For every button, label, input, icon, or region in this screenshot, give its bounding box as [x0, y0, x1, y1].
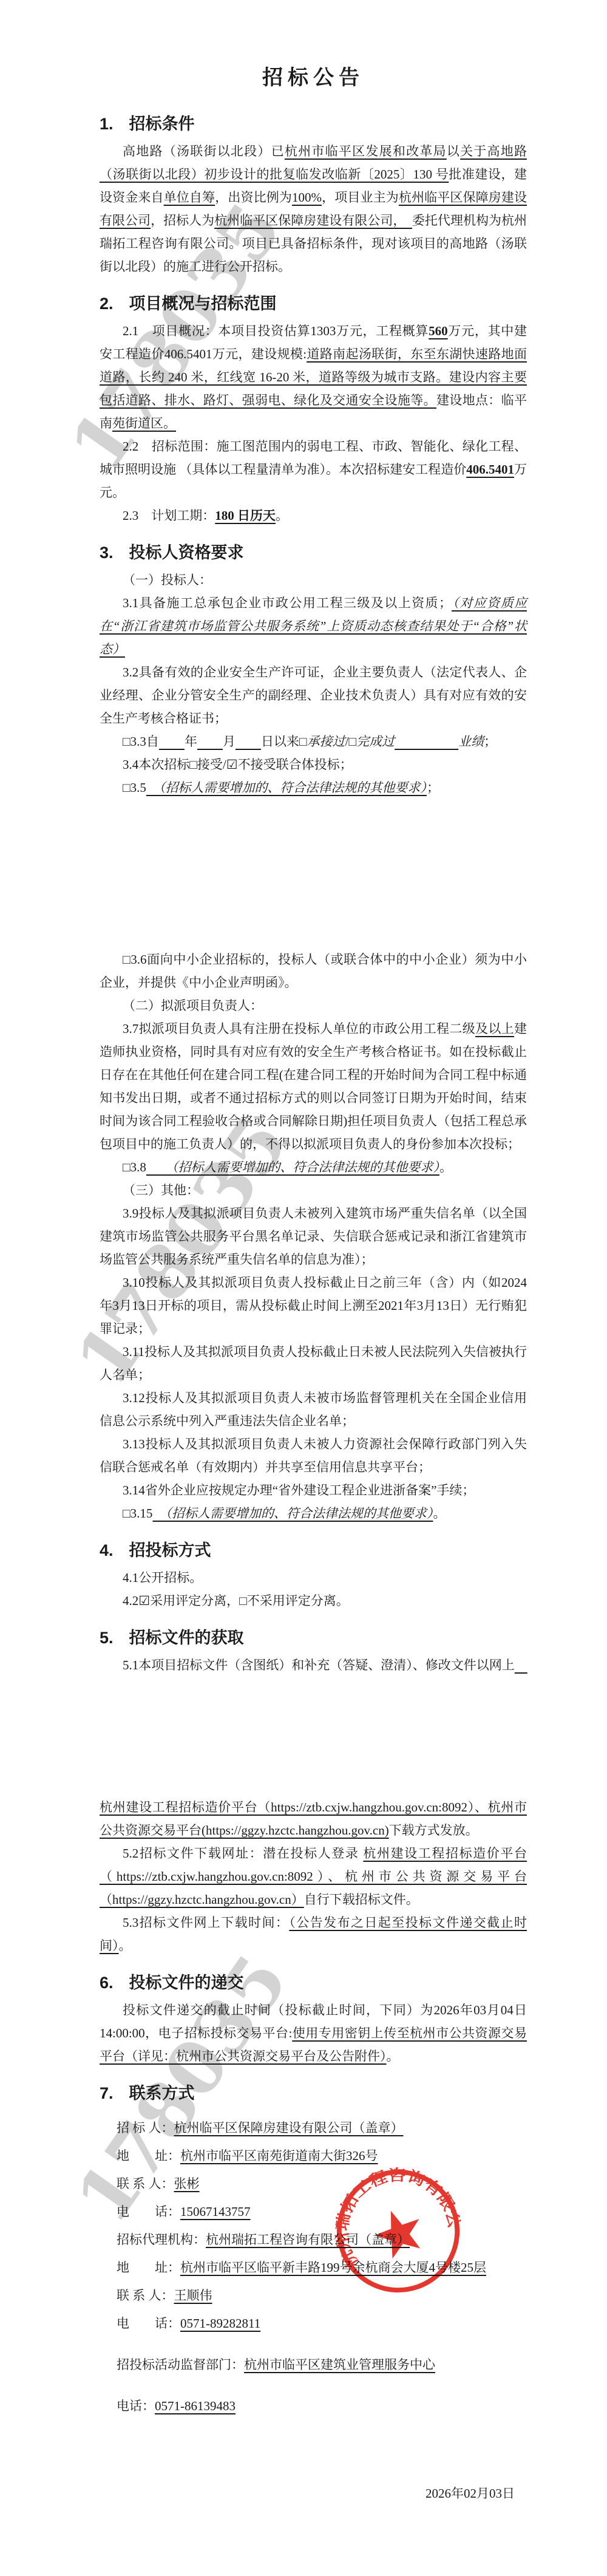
text-segment: 560 [429, 324, 448, 338]
text-segment: 下载方式发放。 [389, 1823, 478, 1838]
text-segment: 承接过 [307, 734, 345, 749]
text-segment: 3.11投标人及其拟派项目负责人投标截止日未被人民法院列入失信被执行人名单； [100, 1344, 527, 1382]
paragraph: 5.2招标文件下载网址：潜在投标人登录 杭州建设工程招标造价平台（https:/… [100, 1842, 527, 1911]
contact-line: 招投标活动监督部门：杭州市临平区建筑业管理服务中心 [100, 2351, 527, 2379]
page-break-gap [100, 1677, 527, 1796]
section-number: 5. [100, 1629, 114, 1647]
paragraph: 投标文件递交的截止时间（投标截止时间，下同）为2026年03月04日14:00:… [100, 1998, 527, 2068]
text-segment: 406.5401 [466, 462, 514, 477]
text-segment: 联 系 人： [117, 2288, 174, 2303]
document-title: 招标公告 [100, 62, 527, 94]
text-segment: 。 [433, 1506, 446, 1521]
section-number: 3. [100, 543, 114, 562]
text-segment [515, 1658, 527, 1672]
text-segment: 3.10投标人及其拟派项目负责人投标截止日之前三年（含）内（如2024年3月13… [100, 1275, 527, 1336]
paragraph: 2.3 计划工期：180 日历天。 [100, 504, 527, 527]
text-segment: ，出资比例为 [215, 190, 292, 205]
text-segment [197, 734, 223, 749]
section-heading: 4.招投标方式 [100, 1538, 527, 1562]
text-segment: 3.13投标人及其拟派项目负责人未被人力资源社会保障行政部门列入失信联合惩戒名单… [100, 1437, 527, 1474]
section-title: 招标条件 [129, 115, 195, 133]
text-segment: 自行下载招标文件。 [304, 1892, 419, 1907]
text-segment: 招投标活动监督部门： [117, 2357, 244, 2372]
text-segment: 高地路（汤联街以北段）已 [123, 144, 285, 158]
paragraph: 3.10投标人及其拟派项目负责人投标截止日之前三年（含）内（如2024年3月13… [100, 1271, 527, 1340]
paragraph: （二）拟派项目负责人： [100, 994, 527, 1017]
text-segment: （招标人需要增加的、符合法律法规的其他要求） [146, 1160, 439, 1174]
text-segment: （招标人需要增加的、符合法律法规的其他要求） [152, 1506, 433, 1521]
paragraph: □3.6面向中小企业招标的，投标人（或联合体中的中小企业）须为中小企业，并提供《… [100, 948, 527, 994]
text-segment: 0571-89282811 [180, 2316, 260, 2331]
section-number: 6. [100, 1974, 114, 1992]
paragraph: （三）其他： [100, 1179, 527, 1202]
text-segment: 4.1公开招标。 [123, 1570, 202, 1585]
text-segment [159, 734, 185, 749]
paragraph: 2.2 招标范围：施工图范围内的弱电工程、市政、智能化、绿化工程、城市照明设施 … [100, 435, 527, 504]
text-segment: 地 址： [117, 2148, 180, 2163]
text-segment: □3.8 [123, 1160, 146, 1174]
text-segment: 招 标 人： [117, 2121, 174, 2135]
paragraph: 杭州建设工程招标造价平台（https://ztb.cxjw.hangzhou.g… [100, 1796, 527, 1842]
text-segment: 3.2具备有效的企业安全生产许可证，企业主要负责人（法定代表人、企业经理、企业分… [100, 665, 527, 726]
text-segment: 100% [292, 190, 322, 205]
text-segment: 2.1 项目概况：本项目投资估算1303万元，工程概算 [123, 324, 429, 338]
text-segment: □3.6面向中小企业招标的，投标人（或联合体中的中小企业）须为中小企业，并提供《… [100, 952, 527, 990]
text-segment [236, 734, 261, 749]
text-segment: （三）其他： [123, 1183, 199, 1198]
contact-line: 招 标 人：杭州临平区保障房建设有限公司（盖章） [100, 2114, 527, 2142]
section-title: 投标文件的递交 [129, 1974, 244, 1992]
text-segment: 及以上 [475, 1021, 514, 1036]
text-segment: 年 [185, 734, 197, 749]
text-segment: 3.14省外企业应按规定办理“省外建设工程企业进浙备案”手续； [123, 1483, 475, 1498]
text-segment: 180 日历天 [215, 508, 276, 523]
paragraph: 3.13投标人及其拟派项目负责人未被人力资源社会保障行政部门列入失信联合惩戒名单… [100, 1433, 527, 1479]
section-title: 项目概况与招标范围 [129, 295, 277, 313]
paragraph: 4.2☑采用评定分离，□不采用评定分离。 [100, 1589, 527, 1612]
text-segment: 电 话： [117, 2316, 180, 2331]
text-segment: 杭州临平区保障房建设有限公司， [214, 213, 412, 228]
paragraph: □3.3自 年 月 日以来□承接过/□完成过 业绩； [100, 730, 527, 753]
text-segment: 以 [447, 144, 460, 158]
paragraph: 3.1具备施工总承包企业市政公用工程三级及以上资质；（对应资质应在“浙江省建筑市… [100, 591, 527, 661]
text-segment: 苑街道区。 [112, 416, 176, 431]
text-segment: 15067143757 [180, 2204, 251, 2219]
text-segment: （二）拟派项目负责人： [123, 998, 263, 1013]
section-number: 1. [100, 115, 114, 133]
text-segment: （招标人需要增加的、符合法律法规的其他要求） [146, 780, 427, 795]
text-segment: 单位自筹 [164, 190, 215, 205]
contact-line: 联 系 人：王顺伟 [100, 2281, 527, 2309]
text-segment: 。 [119, 1938, 132, 1953]
paragraph: 3.7拟派项目负责人具有注册在投标人单位的市政公用工程二级及以上建造师执业资格，… [100, 1017, 527, 1156]
paragraph: □3.15 （招标人需要增加的、符合法律法规的其他要求）。 [100, 1502, 527, 1525]
text-segment: 杭州市临平区南苑街道南大街326号 [180, 2148, 378, 2163]
section-heading: 6.投标文件的递交 [100, 1971, 527, 1995]
text-segment: □3.15 [123, 1506, 152, 1521]
text-segment: 电 话： [117, 2204, 180, 2219]
text-segment: 招标代理机构： [117, 2232, 206, 2247]
paragraph: 3.9投标人及其拟派项目负责人未被列入建筑市场严重失信名单（以全国建筑市场监管公… [100, 1202, 527, 1271]
text-segment: 杭州市临平区建筑业管理服务中心 [244, 2357, 435, 2372]
paragraph: 高地路（汤联街以北段）已杭州市临平区发展和改革局以关于高地路（汤联街以北段）初步… [100, 140, 527, 278]
text-segment: 张彬 [174, 2176, 200, 2191]
text-segment: 杭州瑞拓工程咨询有限公司（盖章） [206, 2232, 410, 2247]
text-segment: 。 [387, 2049, 399, 2063]
text-segment: 建造师执业资格，同时具有对应有效的安全生产考核合格证书。如在投标截止日存在在其他… [100, 1021, 527, 1151]
text-segment: 王顺伟 [174, 2288, 212, 2303]
contact-line: 地 址：杭州市临平区南苑街道南大街326号 [100, 2142, 527, 2170]
page-break-gap [100, 799, 527, 948]
contact-line: 电话：0571-86139483 [100, 2392, 527, 2420]
text-segment: 地 址： [117, 2260, 180, 2275]
section-heading: 1.招标条件 [100, 112, 527, 136]
text-segment: 。 [439, 1160, 452, 1174]
section-number: 4. [100, 1541, 114, 1559]
issue-date: 2026年02月03日 [0, 2482, 607, 2505]
section-title: 招标文件的获取 [129, 1629, 244, 1647]
text-segment: ，项目业主为 [322, 190, 399, 205]
contact-line: 招标代理机构：杭州瑞拓工程咨询有限公司（盖章） [100, 2226, 527, 2254]
contact-line: 联 系 人：张彬 [100, 2170, 527, 2198]
text-segment: 杭州市临平区发展和改革局 [285, 144, 447, 158]
text-segment: 日以来□ [261, 734, 307, 749]
text-segment: ； [484, 734, 497, 749]
text-segment: 月 [223, 734, 236, 749]
section-heading: 7.联系方式 [100, 2081, 527, 2105]
paragraph: 3.12投标人及其拟派项目负责人未被市场监督管理机关在全国企业信用信息公示系统中… [100, 1386, 527, 1433]
text-segment: 。 [276, 508, 288, 523]
paragraph: 2.1 项目概况：本项目投资估算1303万元，工程概算560万元，其中建安工程造… [100, 319, 527, 435]
text-segment: 完成过 [356, 734, 395, 749]
text-segment: 4.2☑采用评定分离，□不采用评定分离。 [123, 1593, 349, 1608]
text-segment: 电话： [117, 2399, 155, 2413]
contact-line: 电 话：0571-89282811 [100, 2309, 527, 2337]
section-heading: 5.招标文件的获取 [100, 1626, 527, 1650]
document-flow: 招标公告1.招标条件高地路（汤联街以北段）已杭州市临平区发展和改革局以关于高地路… [0, 0, 607, 2420]
text-segment: 业绩 [458, 734, 484, 749]
text-segment: 3.7拟派项目负责人具有注册在投标人单位的市政公用工程二级 [123, 1021, 475, 1036]
paragraph: （一）投标人： [100, 568, 527, 591]
text-segment: 2.2 招标范围：施工图范围内的弱电工程、市政、智能化、绿化工程、城市照明设施 … [100, 439, 527, 477]
paragraph: 3.2具备有效的企业安全生产许可证，企业主要负责人（法定代表人、企业经理、企业分… [100, 661, 527, 730]
paragraph: 3.11投标人及其拟派项目负责人投标截止日未被人民法院列入失信被执行人名单； [100, 1340, 527, 1386]
text-segment: /□ [345, 734, 357, 749]
section-title: 招投标方式 [129, 1541, 211, 1559]
text-segment: 5.2招标文件下载网址：潜在投标人登录 [123, 1846, 363, 1861]
contact-line: 地 址：杭州市临平区临平新丰路199号余杭商会大厦4号楼25层 [100, 2254, 527, 2281]
text-segment: 3.4本次招标□接受/☑不接受联合体投标； [123, 757, 353, 772]
paragraph: 4.1公开招标。 [100, 1566, 527, 1589]
text-segment: 5.1本项目招标文件（含图纸）和补充（答疑、澄清）、修改文件以网上 [123, 1658, 515, 1672]
paragraph: 3.14省外企业应按规定办理“省外建设工程企业进浙备案”手续； [100, 1479, 527, 1502]
paragraph: □3.5 （招标人需要增加的、符合法律法规的其他要求）； [100, 776, 527, 799]
text-segment [395, 734, 458, 749]
text-segment: ； [427, 780, 439, 795]
paragraph: 3.4本次招标□接受/☑不接受联合体投标； [100, 753, 527, 776]
text-segment: ，招标人为 [151, 213, 214, 228]
text-segment: 5.3招标文件网上下载时间： [123, 1915, 289, 1930]
section-title: 投标人资格要求 [129, 543, 244, 562]
contact-line: 电 话：15067143757 [100, 2198, 527, 2226]
text-segment: 2.3 计划工期： [123, 508, 215, 523]
text-segment: 0571-86139483 [155, 2399, 236, 2413]
text-segment: 3.9投标人及其拟派项目负责人未被列入建筑市场严重失信名单（以全国建筑市场监管公… [100, 1206, 527, 1267]
text-segment: 杭州市临平区临平新丰路199号余杭商会大厦4号楼25层 [180, 2260, 486, 2275]
paragraph: 5.3招标文件网上下载时间：（公告发布之日起至投标文件递交截止时间）。 [100, 1911, 527, 1957]
section-title: 联系方式 [129, 2084, 195, 2102]
section-number: 2. [100, 295, 114, 313]
text-segment: （一）投标人： [123, 573, 212, 587]
text-segment: 3.12投标人及其拟派项目负责人未被市场监督管理机关在全国企业信用信息公示系统中… [100, 1391, 527, 1428]
text-segment: 联 系 人： [117, 2176, 174, 2191]
document-page: 178035 178035 178035 招标公告1.招标条件高地路（汤联街以北… [0, 0, 607, 2576]
section-heading: 2.项目概况与招标范围 [100, 291, 527, 316]
section-heading: 3.投标人资格要求 [100, 540, 527, 565]
text-segment: □3.3自 [123, 734, 159, 749]
text-segment: 杭州临平区保障房建设有限公司（盖章） [174, 2121, 404, 2135]
paragraph: □3.8 （招标人需要增加的、符合法律法规的其他要求）。 [100, 1156, 527, 1179]
text-segment: 3.1具备施工总承包企业市政公用工程三级及以上资质； [123, 596, 452, 610]
section-number: 7. [100, 2084, 114, 2102]
text-segment: □3.5 [123, 780, 146, 795]
paragraph: 5.1本项目招标文件（含图纸）和补充（答疑、澄清）、修改文件以网上 [100, 1654, 527, 1677]
